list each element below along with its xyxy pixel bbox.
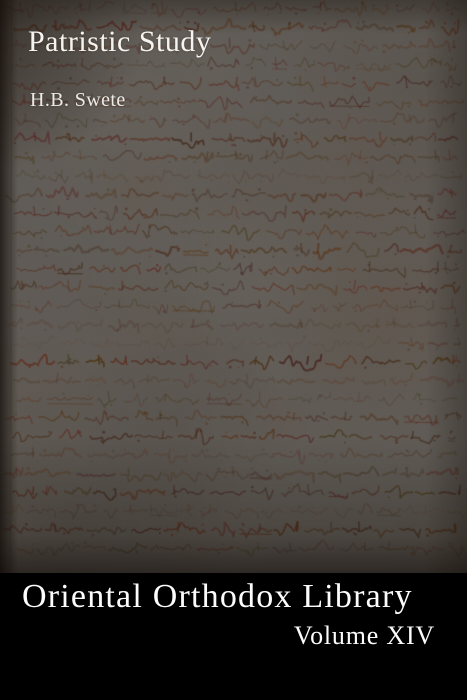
book-author: H.B. Swete <box>30 89 126 111</box>
book-cover: Patristic Study H.B. Swete Oriental Orth… <box>0 0 467 700</box>
series-title: Oriental Orthodox Library <box>22 578 413 615</box>
volume-label: Volume XIV <box>294 622 435 651</box>
series-bar: Oriental Orthodox Library Volume XIV <box>0 573 467 700</box>
book-title: Patristic Study <box>28 25 211 58</box>
